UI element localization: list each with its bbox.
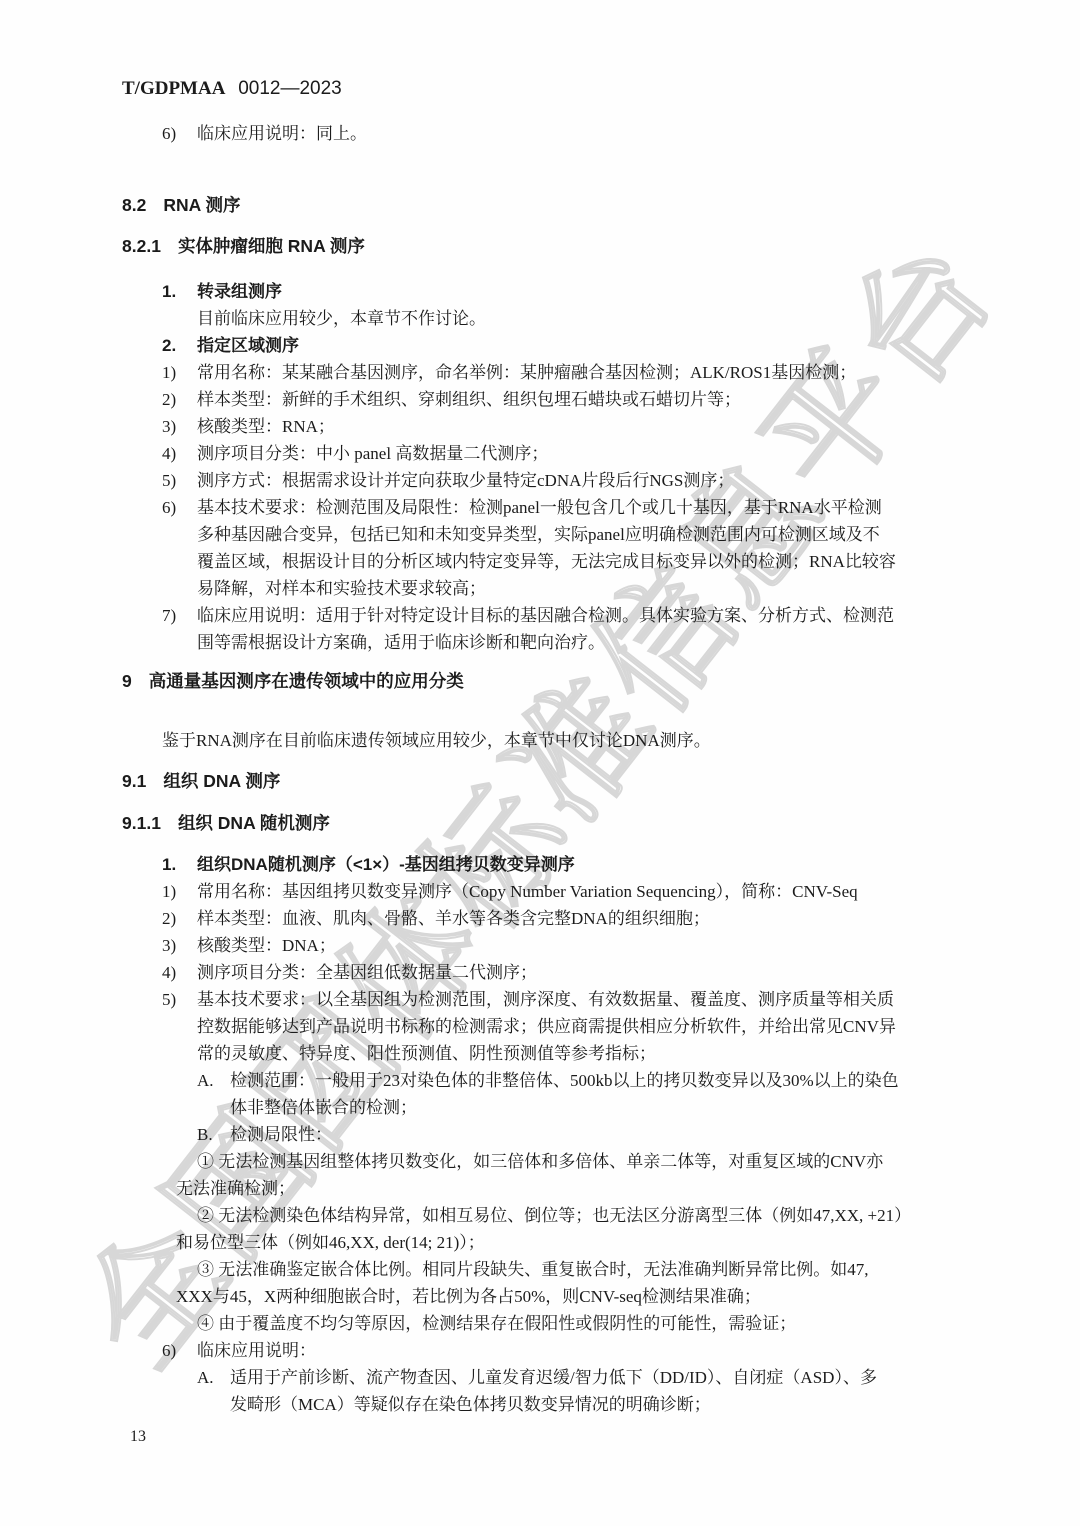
list-text: 核酸类型：DNA； <box>197 936 336 955</box>
list-text: 测序方式：根据需求设计并定向获取少量特定cDNA片段后行NGS测序； <box>197 471 734 490</box>
list-marker: 1. <box>162 851 176 878</box>
section-title: 实体肿瘤细胞 RNA 测序 <box>178 236 365 256</box>
document-page: 全国团体标准信息平台 T/GDPMAA 0012—2023 6) 临床应用说明：… <box>0 0 1080 1526</box>
list-text-continuation: 覆盖区域，根据设计目的分析区域内特定变异等，无法完成目标变异以外的检测；RNA比… <box>0 548 1080 575</box>
list-marker: 5) <box>162 986 176 1013</box>
section-number: 9.1.1 <box>122 813 161 833</box>
list-marker: 3) <box>162 932 176 959</box>
list-marker: 1) <box>162 878 176 905</box>
limitation-item-2: ② 无法检测染色体结构异常，如相互易位、倒位等；也无法区分游离型三体（例如47,… <box>0 1202 1080 1256</box>
list-marker: 6) <box>162 1337 176 1364</box>
list-item: 1) 常用名称：某某融合基因测序，命名举例：某肿瘤融合基因检测；ALK/ROS1… <box>0 359 1080 386</box>
sub-item-b: B. 检测局限性： <box>0 1121 1080 1148</box>
list-text-continuation: 发畸形（MCA）等疑似存在染色体拷贝数变异情况的明确诊断； <box>0 1391 1080 1418</box>
list-text-continuation: 常的灵敏度、特异度、阳性预测值、阴性预测值等参考指标； <box>0 1040 1080 1067</box>
clinical-sub-item-a: A. 适用于产前诊断、流产物查因、儿童发育迟缓/智力低下（DD/ID）、自闭症（… <box>0 1364 1080 1418</box>
page-content: T/GDPMAA 0012—2023 6) 临床应用说明：同上。 8.2RNA … <box>0 0 1080 1418</box>
list-text: 测序项目分类：全基因组低数据量二代测序； <box>197 963 537 982</box>
section-number: 9.1 <box>122 771 146 791</box>
list-marker: 1) <box>162 359 176 386</box>
numbered-heading-region: 2. 指定区域测序 <box>0 332 1080 359</box>
section-heading-9-1: 9.1组织 DNA 测序 <box>0 768 1080 795</box>
list-item-clinical: 6) 临床应用说明： <box>0 1337 1080 1364</box>
list-item: 5) 测序方式：根据需求设计并定向获取少量特定cDNA片段后行NGS测序； <box>0 467 1080 494</box>
limitation-text: ④ 由于覆盖度不均匀等原因，检测结果存在假阳性或假阴性的可能性，需验证； <box>0 1310 1080 1337</box>
list-text: 临床应用说明：适用于针对特定设计目标的基因融合检测。具体实验方案、分析方式、检测… <box>197 606 894 625</box>
section-heading-9-1-1: 9.1.1组织 DNA 随机测序 <box>0 810 1080 837</box>
list-marker: B. <box>197 1121 213 1148</box>
sub-item-a: A. 检测范围：一般用于23对染色体的非整倍体、500kb以上的拷贝数变异以及3… <box>0 1067 1080 1121</box>
list-text: 样本类型：血液、肌肉、骨骼、羊水等各类含完整DNA的组织细胞； <box>197 909 710 928</box>
list-item: 4) 测序项目分类：全基因组低数据量二代测序； <box>0 959 1080 986</box>
section-title: RNA 测序 <box>163 195 240 215</box>
list-marker: 6) <box>162 494 176 521</box>
list-item: 2) 样本类型：新鲜的手术组织、穿刺组织、组织包埋石蜡块或石蜡切片等； <box>0 386 1080 413</box>
section-heading-8-2-1: 8.2.1实体肿瘤细胞 RNA 测序 <box>0 233 1080 260</box>
section-number: 8.2 <box>122 195 146 215</box>
list-marker: 6) <box>162 120 176 147</box>
document-code: T/GDPMAA 0012—2023 <box>0 75 1080 102</box>
cnv-list: 1) 常用名称：基因组拷贝数变异测序（Copy Number Variation… <box>0 878 1080 1418</box>
list-text: 检测范围：一般用于23对染色体的非整倍体、500kb以上的拷贝数变异以及30%以… <box>230 1071 899 1090</box>
section-title: 组织 DNA 随机测序 <box>178 813 330 833</box>
list-text-continuation: 围等需根据设计方案确，适用于临床诊断和靶向治疗。 <box>0 629 1080 656</box>
heading-text: 转录组测序 <box>197 282 282 301</box>
list-text-continuation: 体非整倍体嵌合的检测； <box>0 1094 1080 1121</box>
list-item-carryover: 6) 临床应用说明：同上。 <box>0 120 1080 147</box>
paragraph-transcriptome-note: 目前临床应用较少，本章节不作讨论。 <box>0 305 1080 332</box>
list-text: 基本技术要求：检测范围及局限性：检测panel一般包含几个或几十基因，基于RNA… <box>197 498 882 517</box>
list-text-continuation: 多种基因融合变异，包括已知和未知变异类型，实际panel应明确检测范围内可检测区… <box>0 521 1080 548</box>
chapter-heading-9: 9高通量基因测序在遗传领域中的应用分类 <box>0 668 1080 695</box>
list-text: 检测局限性： <box>230 1125 332 1144</box>
heading-text: 组织DNA随机测序（<1×）-基因组拷贝数变异测序 <box>197 855 575 874</box>
list-marker: 3) <box>162 413 176 440</box>
section-number: 9 <box>122 671 132 691</box>
list-marker: 2) <box>162 905 176 932</box>
list-item: 7) 临床应用说明：适用于针对特定设计目标的基因融合检测。具体实验方案、分析方式… <box>0 602 1080 656</box>
list-marker: A. <box>197 1364 214 1391</box>
list-marker: 2. <box>162 332 176 359</box>
limitation-item-3: ③ 无法准确鉴定嵌合体比例。相同片段缺失、重复嵌合时，无法准确判断异常比例。如4… <box>0 1256 1080 1310</box>
list-text: 常用名称：某某融合基因测序，命名举例：某肿瘤融合基因检测；ALK/ROS1基因检… <box>197 363 856 382</box>
list-marker: 1. <box>162 278 176 305</box>
list-text: 常用名称：基因组拷贝数变异测序（Copy Number Variation Se… <box>197 882 858 901</box>
document-code-number: 0012—2023 <box>238 78 342 99</box>
list-text-continuation: 控数据能够达到产品说明书标称的检测需求；供应商需提供相应分析软件，并给出常见CN… <box>0 1013 1080 1040</box>
list-text: 临床应用说明： <box>197 1341 316 1360</box>
list-marker: A. <box>197 1067 214 1094</box>
limitation-text-continuation: 和易位型三体（例如46,XX, der(14; 21)）； <box>0 1229 1080 1256</box>
document-code-prefix: T/GDPMAA <box>122 78 225 99</box>
limitation-text-continuation: XXX与45，X两种细胞嵌合时，若比例为各占50%，则CNV-seq检测结果准确… <box>0 1283 1080 1310</box>
region-list: 1) 常用名称：某某融合基因测序，命名举例：某肿瘤融合基因检测；ALK/ROS1… <box>0 359 1080 656</box>
section-heading-8-2: 8.2RNA 测序 <box>0 192 1080 219</box>
section-title: 高通量基因测序在遗传领域中的应用分类 <box>149 671 464 691</box>
limitation-item-1: ① 无法检测基因组整体拷贝数变化，如三倍体和多倍体、单亲二体等，对重复区域的CN… <box>0 1148 1080 1202</box>
list-marker: 5) <box>162 467 176 494</box>
list-item: 3) 核酸类型：DNA； <box>0 932 1080 959</box>
paragraph-chapter-9-intro: 鉴于RNA测序在目前临床遗传领域应用较少，本章节中仅讨论DNA测序。 <box>0 727 1080 754</box>
limitation-text-continuation: 无法准确检测； <box>0 1175 1080 1202</box>
list-item: 3) 核酸类型：RNA； <box>0 413 1080 440</box>
list-marker: 2) <box>162 386 176 413</box>
list-marker: 4) <box>162 440 176 467</box>
list-text: 核酸类型：RNA； <box>197 417 335 436</box>
list-item: 2) 样本类型：血液、肌肉、骨骼、羊水等各类含完整DNA的组织细胞； <box>0 905 1080 932</box>
list-text: 临床应用说明：同上。 <box>197 124 367 143</box>
list-text: 样本类型：新鲜的手术组织、穿刺组织、组织包埋石蜡块或石蜡切片等； <box>197 390 741 409</box>
list-text: 基本技术要求：以全基因组为检测范围，测序深度、有效数据量、覆盖度、测序质量等相关… <box>197 990 894 1009</box>
list-item: 4) 测序项目分类：中小 panel 高数据量二代测序； <box>0 440 1080 467</box>
list-text: 适用于产前诊断、流产物查因、儿童发育迟缓/智力低下（DD/ID）、自闭症（ASD… <box>230 1368 877 1387</box>
list-marker: 7) <box>162 602 176 629</box>
limitation-text: ② 无法检测染色体结构异常，如相互易位、倒位等；也无法区分游离型三体（例如47,… <box>0 1202 1080 1229</box>
section-number: 8.2.1 <box>122 236 161 256</box>
list-item: 5) 基本技术要求：以全基因组为检测范围，测序深度、有效数据量、覆盖度、测序质量… <box>0 986 1080 1067</box>
list-text: 测序项目分类：中小 panel 高数据量二代测序； <box>197 444 548 463</box>
list-marker: 4) <box>162 959 176 986</box>
list-text-continuation: 易降解，对样本和实验技术要求较高； <box>0 575 1080 602</box>
numbered-heading-cnv: 1. 组织DNA随机测序（<1×）-基因组拷贝数变异测序 <box>0 851 1080 878</box>
numbered-heading-transcriptome: 1. 转录组测序 <box>0 278 1080 305</box>
limitation-text: ③ 无法准确鉴定嵌合体比例。相同片段缺失、重复嵌合时，无法准确判断异常比例。如4… <box>0 1256 1080 1283</box>
list-item: 1) 常用名称：基因组拷贝数变异测序（Copy Number Variation… <box>0 878 1080 905</box>
limitation-item-4: ④ 由于覆盖度不均匀等原因，检测结果存在假阳性或假阴性的可能性，需验证； <box>0 1310 1080 1337</box>
limitation-text: ① 无法检测基因组整体拷贝数变化，如三倍体和多倍体、单亲二体等，对重复区域的CN… <box>0 1148 1080 1175</box>
list-item: 6) 基本技术要求：检测范围及局限性：检测panel一般包含几个或几十基因，基于… <box>0 494 1080 602</box>
heading-text: 指定区域测序 <box>197 336 299 355</box>
section-title: 组织 DNA 测序 <box>163 771 280 791</box>
page-number: 13 <box>130 1428 146 1446</box>
